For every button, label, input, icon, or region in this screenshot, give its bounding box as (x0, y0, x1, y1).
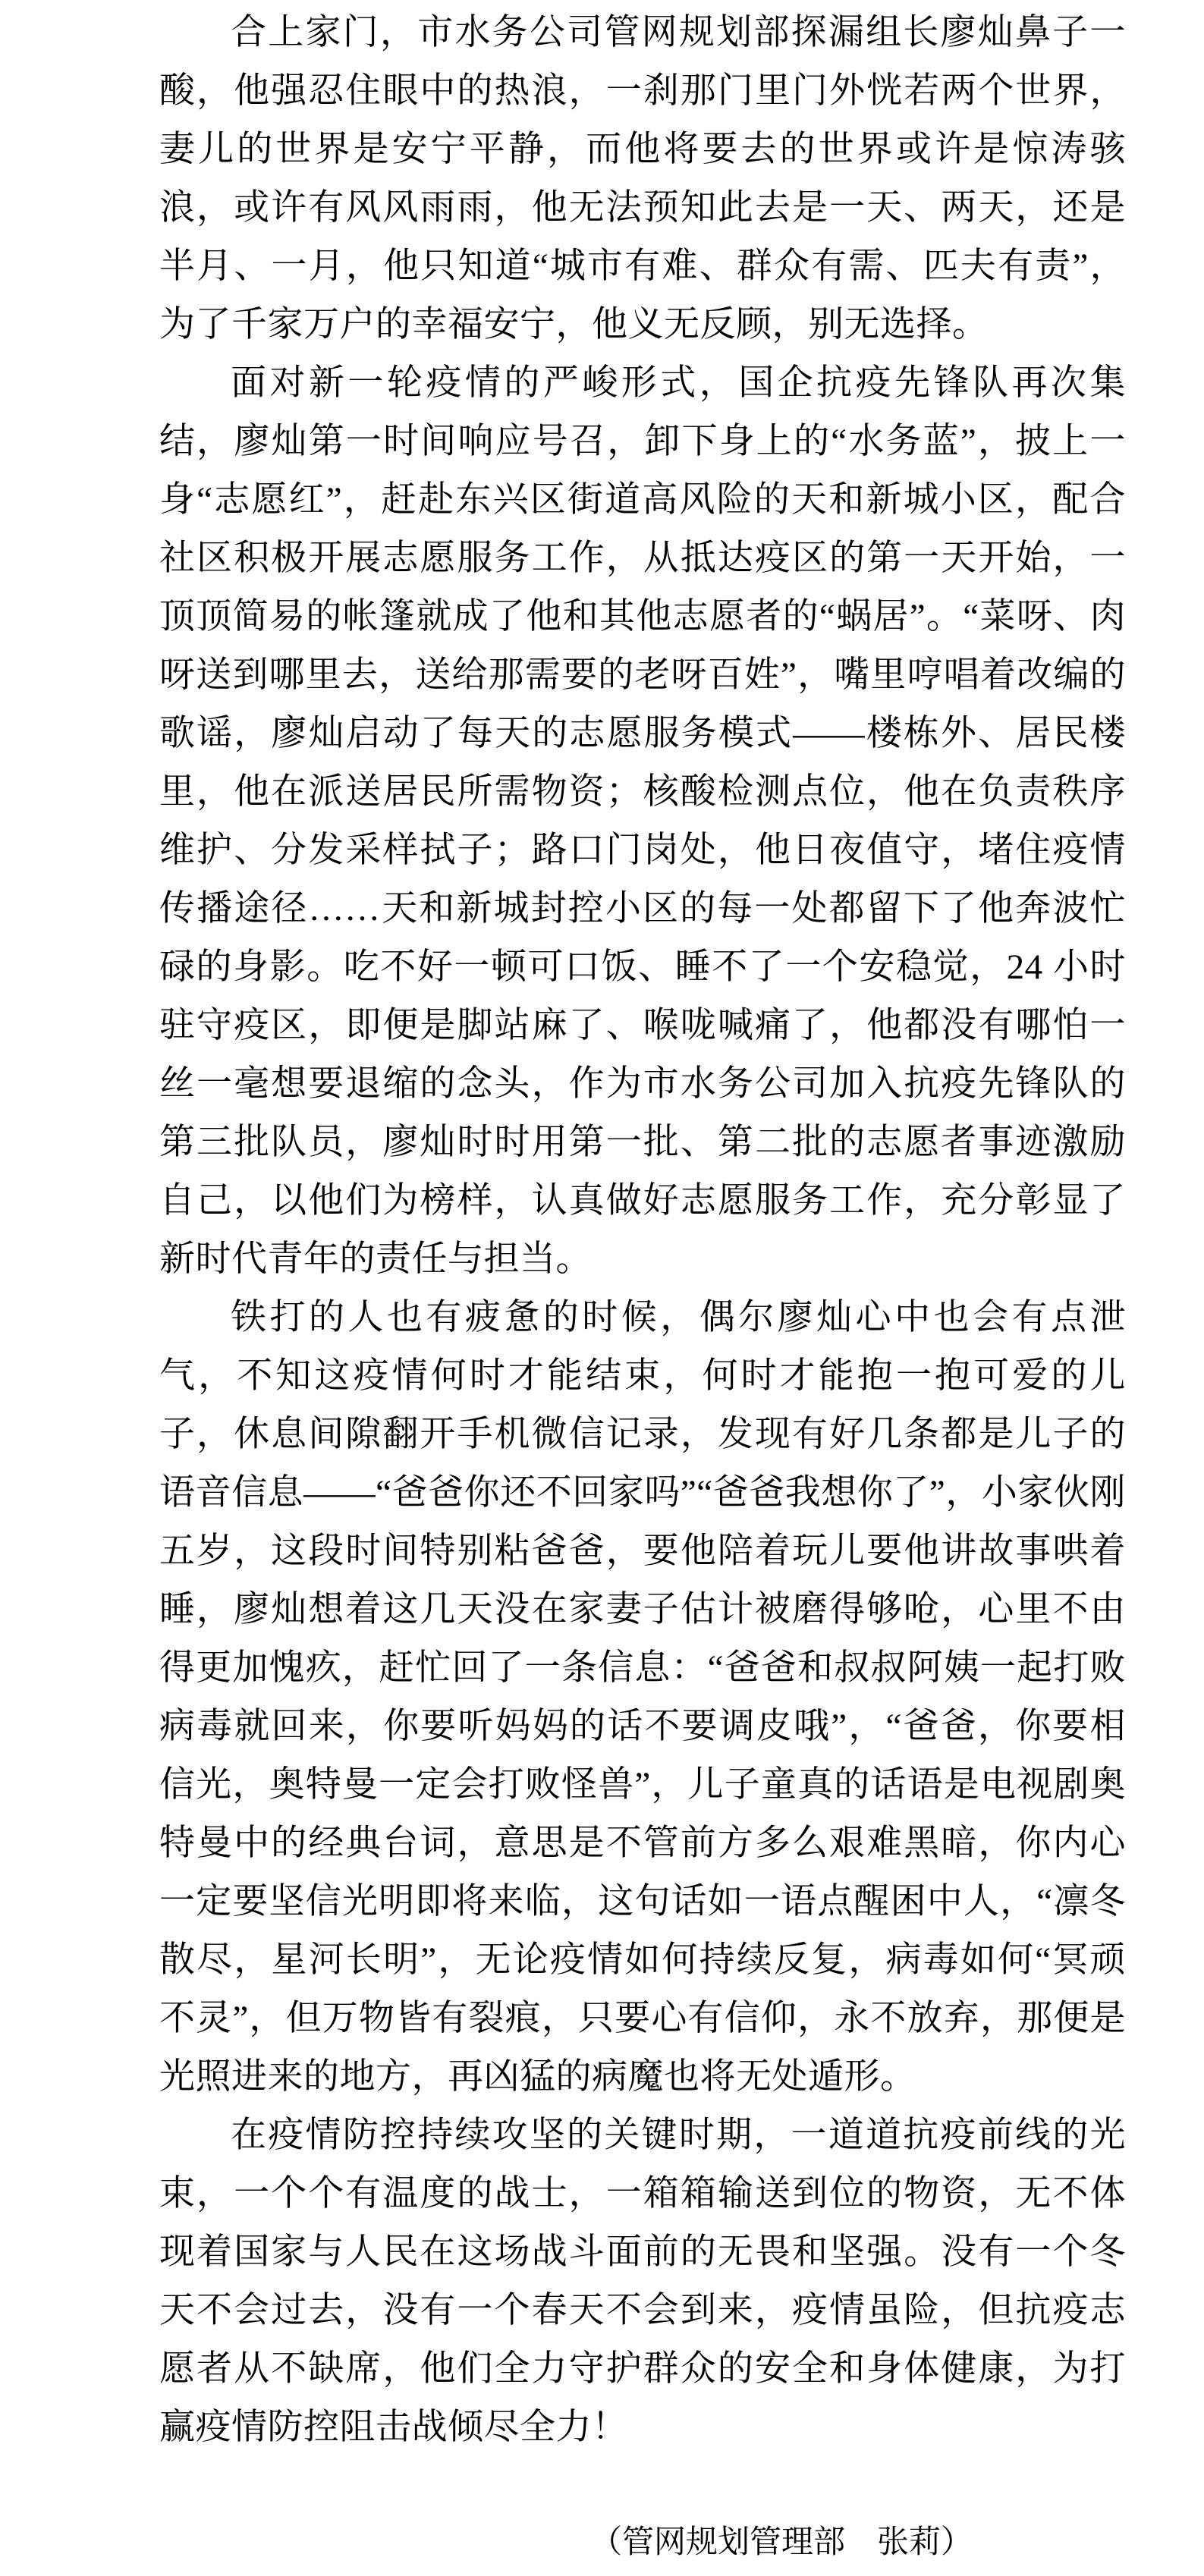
paragraph-3: 铁打的人也有疲惫的时候，偶尔廖灿心中也会有点泄气，不知这疫情何时才能结束，何时才… (159, 1289, 1126, 2106)
paragraph-4: 在疫情防控持续攻坚的关键时期，一道道抗疫前线的光束，一个个有温度的战士，一箱箱输… (159, 2106, 1126, 2457)
signature: （管网规划管理部 张莉） (590, 2520, 973, 2565)
paragraph-2: 面对新一轮疫情的严峻形式，国企抗疫先锋队再次集结，廖灿第一时间响应号召，卸下身上… (159, 354, 1126, 1289)
document-body: 合上家门，市水务公司管网规划部探漏组长廖灿鼻子一酸，他强忍住眼中的热浪，一刹那门… (159, 4, 1126, 2457)
document-page: 合上家门，市水务公司管网规划部探漏组长廖灿鼻子一酸，他强忍住眼中的热浪，一刹那门… (0, 0, 1204, 2576)
paragraph-1: 合上家门，市水务公司管网规划部探漏组长廖灿鼻子一酸，他强忍住眼中的热浪，一刹那门… (159, 4, 1126, 354)
